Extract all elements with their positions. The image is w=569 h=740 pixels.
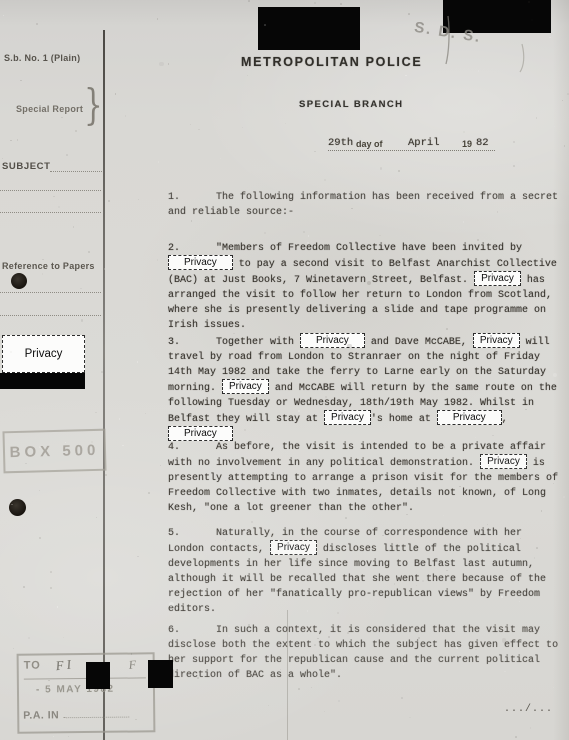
speck: [220, 158, 221, 159]
dotted-rule: [0, 212, 101, 213]
dotted-rule: [63, 707, 129, 719]
privacy-redaction: Privacy: [222, 379, 269, 394]
speck: [248, 0, 250, 2]
speck: [398, 170, 400, 172]
speck: [50, 571, 52, 573]
paragraph-4: 4.As before, the visit is intended to be…: [168, 440, 562, 516]
speck: [564, 145, 565, 146]
dotted-rule: [0, 292, 101, 293]
brace-glyph: }: [84, 80, 103, 129]
paragraph-2: 2."Members of Freedom Collective have be…: [168, 241, 562, 333]
document-page: S.b. No. 1 (Plain) Special Report } SUBJ…: [0, 0, 569, 740]
paragraph-number: 1.: [168, 190, 216, 205]
speck: [3, 15, 4, 16]
speck: [36, 23, 38, 25]
paragraph-number: 5.: [168, 526, 216, 541]
reference-to-papers-label: Reference to Papers: [2, 261, 95, 271]
box-500-stamp: BOX 500: [2, 429, 106, 474]
speck: [158, 161, 160, 163]
speck: [324, 179, 326, 181]
speck: [138, 199, 139, 200]
speck: [42, 273, 43, 274]
speck: [53, 196, 55, 198]
privacy-redaction: Privacy: [474, 271, 521, 286]
received-stamp-to-row: TO FI F: [24, 658, 146, 679]
speck: [108, 200, 110, 202]
day-of-label: day of: [356, 139, 383, 149]
speck: [563, 496, 565, 498]
paragraph-number: 6.: [168, 623, 216, 638]
paragraph-number: 2.: [168, 241, 216, 256]
speck: [190, 124, 191, 125]
box-500-stamp-text: BOX 500: [9, 441, 99, 460]
speck: [75, 130, 77, 132]
speck: [314, 2, 316, 4]
speck: [66, 154, 68, 156]
paragraph-6: 6.In such a context, it is considered th…: [168, 623, 562, 683]
speck: [58, 206, 60, 208]
speck: [125, 115, 126, 116]
speck: [28, 637, 30, 639]
pa-in-label: P.A. IN: [23, 709, 59, 721]
speck: [81, 319, 84, 322]
speck: [285, 123, 286, 124]
speck: [549, 37, 550, 38]
speck: [530, 727, 531, 728]
speck: [148, 492, 150, 494]
year-prefix-label: 19: [462, 139, 472, 149]
handwriting: F: [128, 657, 138, 673]
speck: [408, 13, 410, 15]
hole-punch: [11, 273, 27, 289]
speck: [39, 490, 40, 491]
paragraph-number: 4.: [168, 440, 216, 455]
pen-marks-decoration: [430, 8, 540, 123]
redaction-black-box: [258, 7, 360, 50]
speck: [13, 648, 15, 650]
speck: [562, 100, 563, 101]
speck: [242, 127, 243, 128]
speck: [96, 517, 97, 518]
speck: [159, 62, 164, 67]
special-report-label: Special Report: [16, 104, 83, 114]
speck: [105, 474, 106, 475]
speck: [10, 140, 12, 142]
date-day: 29th: [328, 137, 353, 149]
speck: [53, 736, 54, 737]
speck: [119, 418, 120, 419]
speck: [23, 586, 25, 588]
margin-rule: [103, 30, 105, 740]
speck: [17, 139, 18, 140]
hole-punch: [9, 499, 26, 516]
speck: [314, 151, 315, 152]
dotted-rule: [0, 190, 101, 191]
speck: [513, 165, 515, 167]
speck: [88, 251, 90, 253]
speck: [145, 413, 146, 414]
privacy-redaction: Privacy: [270, 540, 317, 555]
report-body: 1.The following information has been rec…: [168, 188, 562, 713]
privacy-redaction: Privacy: [168, 426, 233, 441]
speck: [73, 226, 75, 228]
privacy-redaction: Privacy: [324, 410, 371, 425]
dotted-rule: [50, 171, 102, 172]
speck: [115, 93, 116, 94]
form-number-label: S.b. No. 1 (Plain): [4, 53, 80, 63]
redaction-black-box: [86, 662, 110, 689]
branch-title: SPECIAL BRANCH: [299, 99, 403, 110]
to-label: TO: [24, 659, 41, 671]
speck: [198, 129, 199, 130]
speck: [80, 288, 81, 289]
privacy-redaction: Privacy: [2, 335, 85, 373]
speck: [567, 93, 569, 95]
date-year: 82: [476, 137, 489, 149]
paragraph-3: 3.Together with Privacy and Dave McCABE,…: [168, 334, 562, 443]
speck: [160, 465, 161, 466]
speck: [168, 63, 169, 64]
speck: [61, 117, 62, 118]
speck: [405, 75, 406, 76]
speck: [515, 736, 517, 738]
speck: [247, 75, 249, 77]
privacy-redaction: Privacy: [473, 333, 520, 348]
date-line: 29th day of April 19 82: [328, 132, 495, 151]
continuation-mark: .../...: [504, 704, 553, 715]
privacy-redaction: Privacy: [300, 333, 365, 348]
speck: [95, 412, 97, 414]
speck: [137, 361, 139, 363]
paragraph-1: 1.The following information has been rec…: [168, 190, 562, 220]
subject-label: SUBJECT: [2, 161, 51, 172]
paragraph-number: 3.: [168, 335, 216, 350]
speck: [20, 80, 22, 82]
speck: [39, 537, 41, 539]
speck: [409, 717, 410, 718]
dotted-rule: [0, 315, 101, 316]
speck: [137, 556, 138, 557]
speck: [68, 736, 69, 737]
force-title: METROPOLITAN POLICE: [241, 55, 422, 69]
speck: [157, 18, 159, 20]
speck: [2, 158, 4, 160]
handwriting: FI: [55, 656, 75, 674]
speck: [513, 141, 515, 143]
privacy-redaction: Privacy: [480, 454, 527, 469]
paragraph-5: 5.Naturally, in the course of correspond…: [168, 526, 562, 617]
speck: [122, 445, 123, 446]
pa-in-row: P.A. IN: [23, 707, 129, 722]
speck: [554, 126, 555, 127]
date-month: April: [408, 137, 440, 149]
privacy-redaction: Privacy: [437, 410, 502, 425]
privacy-redaction: Privacy: [168, 255, 233, 270]
speck: [50, 587, 52, 589]
redaction-black-box: [0, 373, 85, 389]
speck: [340, 3, 342, 5]
speck: [380, 167, 383, 170]
speck: [157, 259, 158, 260]
redaction-black-box: [148, 660, 173, 688]
paper-crease: [287, 610, 288, 740]
speck: [63, 637, 64, 638]
speck: [57, 606, 59, 608]
